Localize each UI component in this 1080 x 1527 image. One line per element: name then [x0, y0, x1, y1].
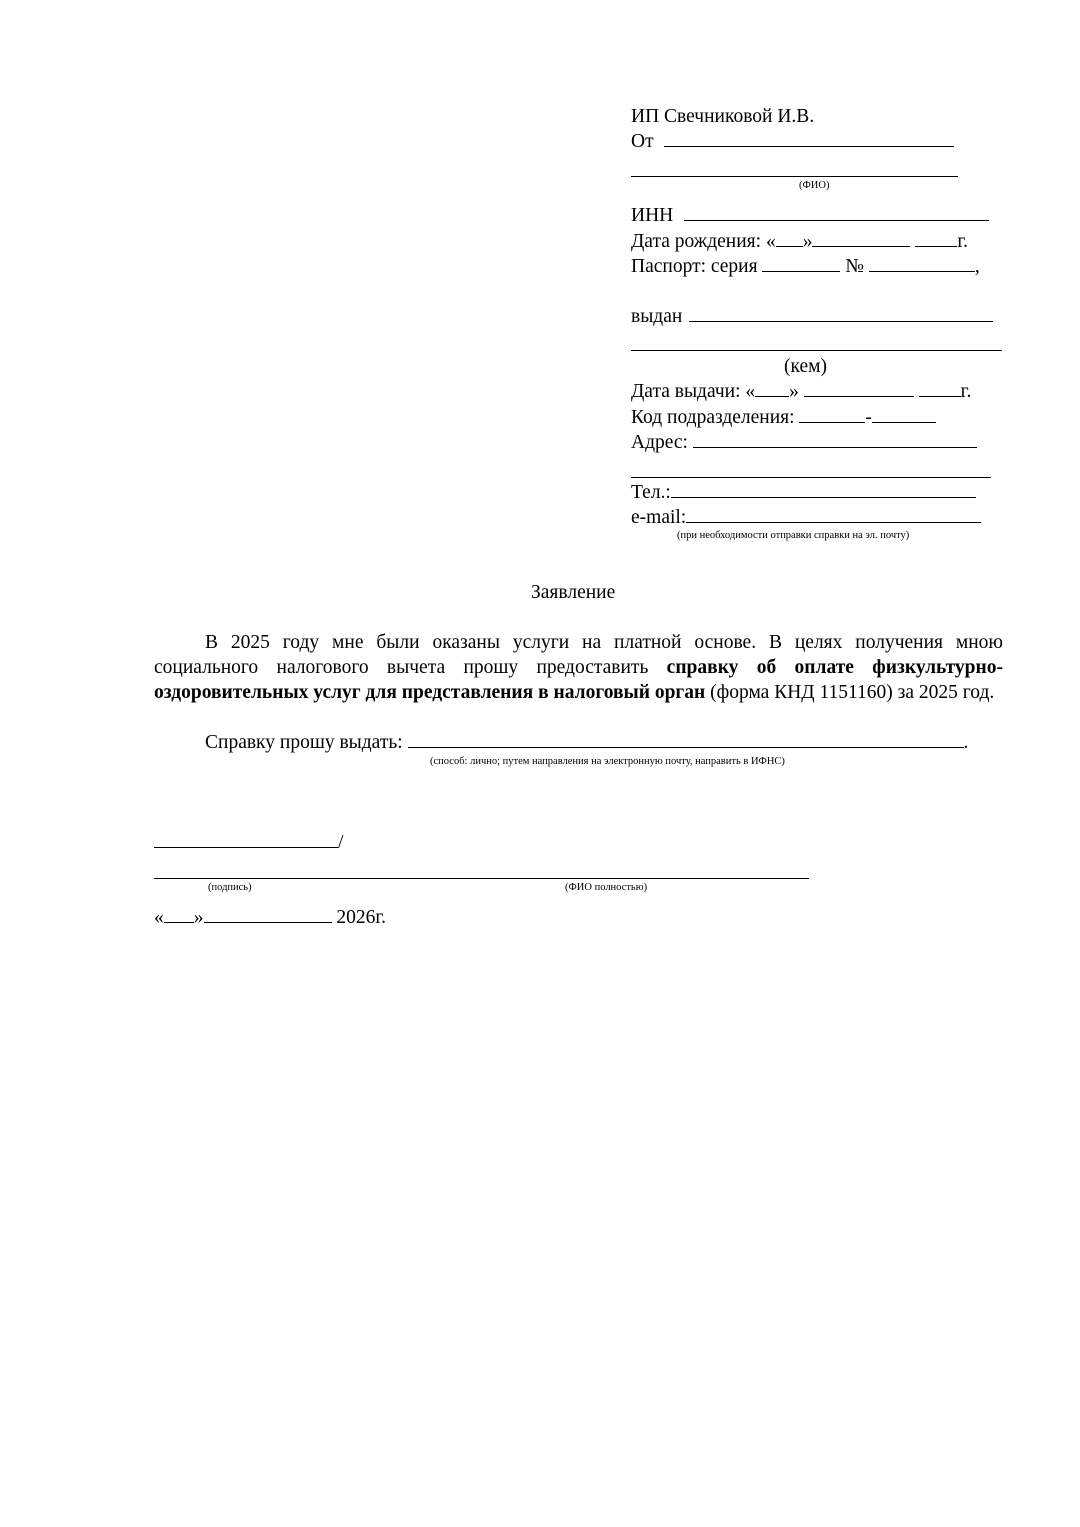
issue-method-caption: (способ: лично; путем направления на эле… [430, 756, 785, 768]
issue-month-field[interactable] [804, 380, 914, 397]
passport-label: Паспорт: серия [631, 256, 758, 277]
issue-year-field[interactable] [919, 380, 961, 397]
address-label: Адрес: [631, 432, 688, 453]
phone-row: Тел.: [631, 480, 976, 505]
phone-label: Тел.: [631, 482, 671, 503]
email-field[interactable] [686, 506, 981, 523]
full-name-field[interactable] [154, 878, 809, 879]
period: . [964, 732, 969, 753]
quote-close: » [789, 381, 799, 402]
issued-by-field[interactable] [689, 305, 993, 322]
body-paragraph: В 2025 году мне были оказаны услуги на п… [154, 630, 1003, 705]
birth-date-label: Дата рождения: « [631, 231, 776, 252]
issue-date-label: Дата выдачи: « [631, 381, 755, 402]
dept-code-label: Код подразделения: [631, 407, 795, 428]
inn-field[interactable] [684, 204, 989, 221]
signature-caption: (подпись) [208, 882, 252, 894]
signature-row: / [154, 830, 343, 855]
issued-by-line-2[interactable] [631, 350, 1002, 351]
quote-close: » [803, 231, 813, 252]
address-row: Адрес: [631, 430, 977, 455]
phone-field[interactable] [671, 481, 976, 498]
issued-row: выдан [631, 304, 993, 329]
quote-close: » [194, 907, 204, 928]
document-title: Заявление [531, 580, 615, 605]
issued-label: выдан [631, 306, 682, 327]
dept-code-part2-field[interactable] [872, 406, 936, 423]
issued-by-caption: (кем) [784, 354, 827, 379]
email-label: e-mail: [631, 507, 686, 528]
issue-method-row: Справку прошу выдать: . [205, 730, 968, 755]
full-name-caption: (ФИО полностью) [565, 882, 647, 894]
inn-row: ИНН [631, 203, 989, 228]
addressee: ИП Свечниковой И.В. [631, 104, 814, 129]
body-text-end: (форма КНД 1151160) за 2025 год. [705, 682, 994, 703]
address-line-2[interactable] [631, 477, 991, 478]
year-suffix: г. [961, 381, 972, 402]
issue-date-row: Дата выдачи: «» г. [631, 379, 971, 404]
passport-series-field[interactable] [762, 255, 840, 272]
from-field[interactable] [664, 130, 954, 147]
from-label: От [631, 131, 654, 152]
date-row: «» 2026г. [154, 905, 386, 930]
birth-month-field[interactable] [812, 230, 910, 247]
sign-day-field[interactable] [164, 906, 194, 923]
issue-method-field[interactable] [408, 731, 964, 748]
birth-date-row: Дата рождения: «» г. [631, 229, 968, 254]
passport-row: Паспорт: серия № , [631, 254, 980, 279]
fio-line-2[interactable] [631, 176, 958, 177]
signature-field[interactable] [154, 831, 338, 848]
issue-day-field[interactable] [755, 380, 789, 397]
passport-number-field[interactable] [869, 255, 975, 272]
dept-code-part1-field[interactable] [799, 406, 865, 423]
slash: / [338, 832, 343, 853]
fio-caption: (ФИО) [799, 180, 829, 192]
comma: , [975, 256, 980, 277]
inn-label: ИНН [631, 205, 673, 226]
sign-month-field[interactable] [204, 906, 332, 923]
birth-day-field[interactable] [776, 230, 803, 247]
address-field[interactable] [693, 431, 977, 448]
email-row: e-mail: [631, 505, 981, 530]
email-caption: (при необходимости отправки справки на э… [677, 530, 909, 542]
sign-year: 2026г. [336, 907, 386, 928]
from-row: От [631, 129, 954, 154]
birth-year-field[interactable] [915, 230, 957, 247]
quote-open: « [154, 907, 164, 928]
number-sign: № [845, 256, 864, 277]
dept-code-row: Код подразделения: - [631, 405, 936, 430]
issue-method-label: Справку прошу выдать: [205, 732, 403, 753]
year-suffix: г. [957, 231, 968, 252]
